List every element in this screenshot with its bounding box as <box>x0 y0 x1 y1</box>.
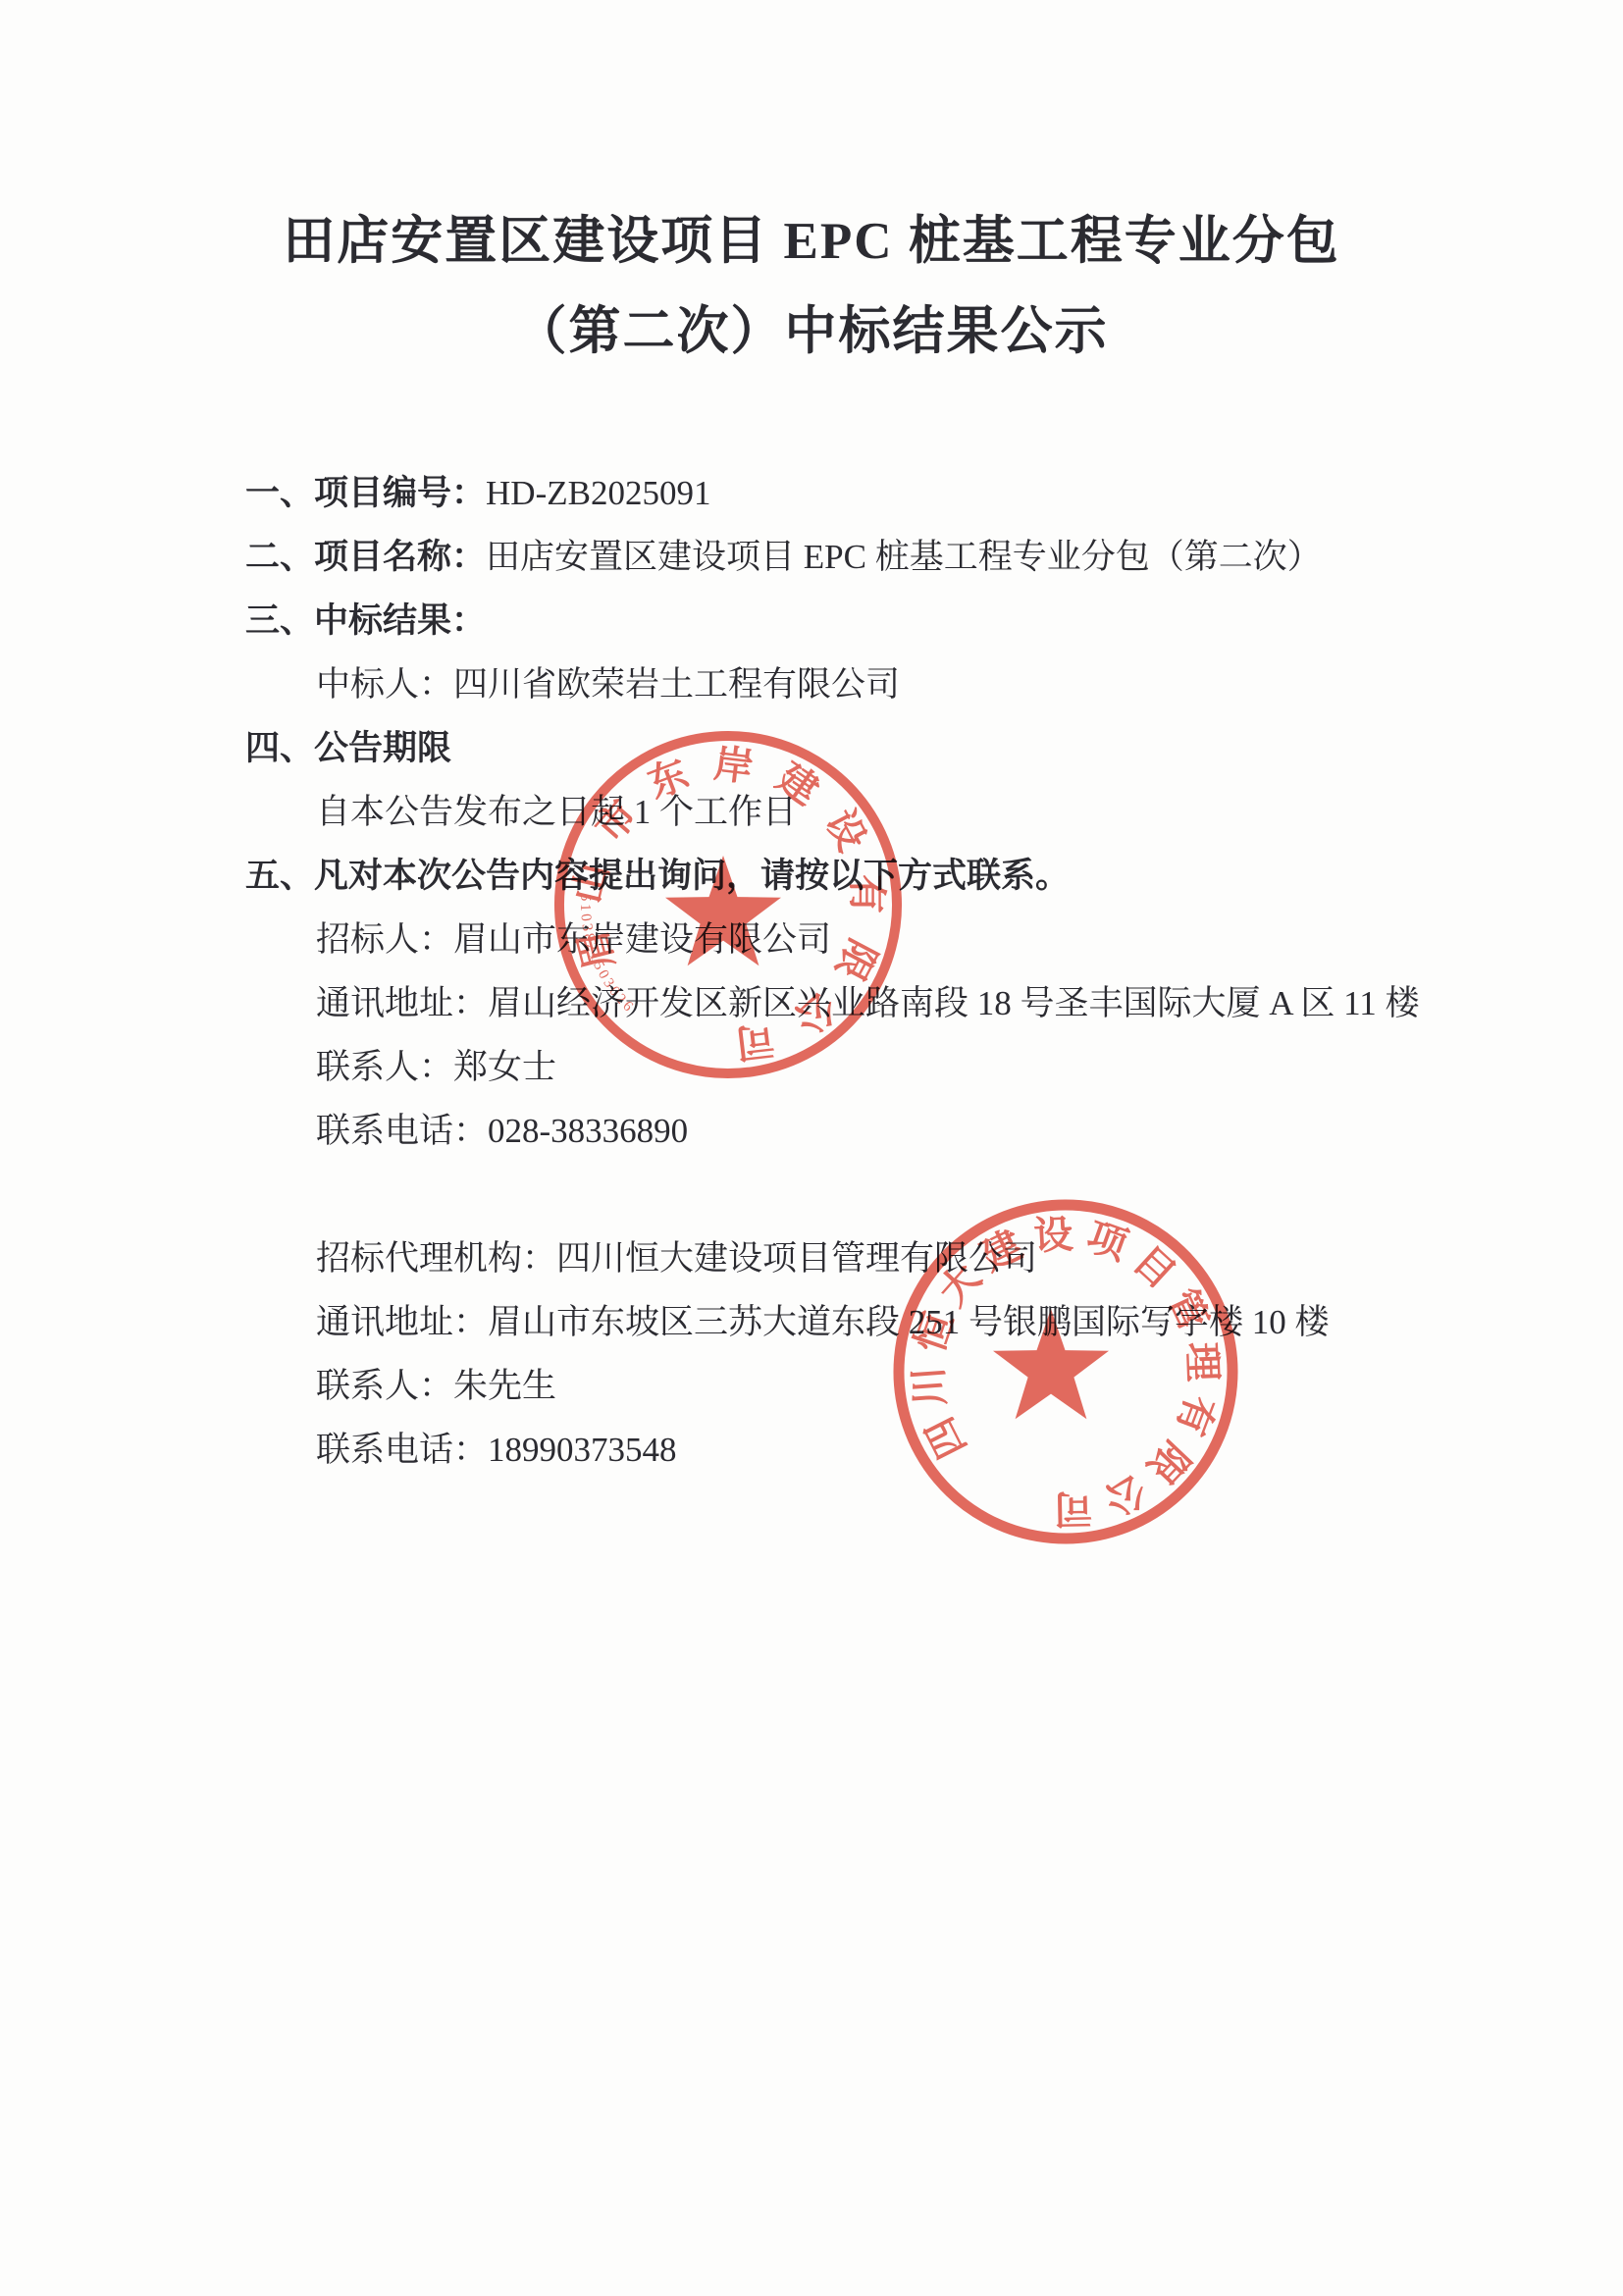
line-text: 联系人：郑女士 <box>316 1048 556 1086</box>
line-text: 田店安置区建设项目 EPC 桩基工程专业分包（第二次） <box>486 538 1322 576</box>
scanned-document-page: 田店安置区建设项目 EPC 桩基工程专业分包 （第二次）中标结果公示 一、项目编… <box>0 0 1623 2296</box>
line-project-name: 二、项目名称：田店安置区建设项目 EPC 桩基工程专业分包（第二次） <box>245 525 1501 589</box>
line-tenderer-phone: 联系电话：028-38336890 <box>245 1099 1501 1163</box>
line-text: HD-ZB2025091 <box>486 474 710 512</box>
line-text: 联系电话：18990373548 <box>316 1431 677 1469</box>
line-label: 三、中标结果： <box>245 601 486 640</box>
line-winning-bidder: 中标人：四川省欧荣岩土工程有限公司 <box>245 652 1501 716</box>
line-award-result-heading: 三、中标结果： <box>245 589 1501 652</box>
line-label: 四、公告期限 <box>245 729 451 767</box>
star-icon <box>993 1309 1109 1419</box>
line-text: 中标人：四川省欧荣岩土工程有限公司 <box>316 665 900 704</box>
line-label: 一、项目编号： <box>245 474 486 512</box>
line-label: 二、项目名称： <box>245 538 486 576</box>
title-line-1: 田店安置区建设项目 EPC 桩基工程专业分包 <box>0 196 1623 287</box>
line-text: 联系电话：028-38336890 <box>316 1112 688 1150</box>
tenderer-round-seal: 眉山市东岸建设有限公司 5103821503026 <box>532 708 924 1101</box>
line-text: 联系人：朱先生 <box>316 1367 556 1405</box>
line-project-number: 一、项目编号：HD-ZB2025091 <box>245 461 1501 525</box>
agency-round-seal: 四川恒大建设项目管理有限公司 <box>869 1175 1262 1568</box>
document-title: 田店安置区建设项目 EPC 桩基工程专业分包 （第二次）中标结果公示 <box>0 196 1623 377</box>
title-line-2: （第二次）中标结果公示 <box>0 287 1623 377</box>
star-icon <box>665 856 781 965</box>
